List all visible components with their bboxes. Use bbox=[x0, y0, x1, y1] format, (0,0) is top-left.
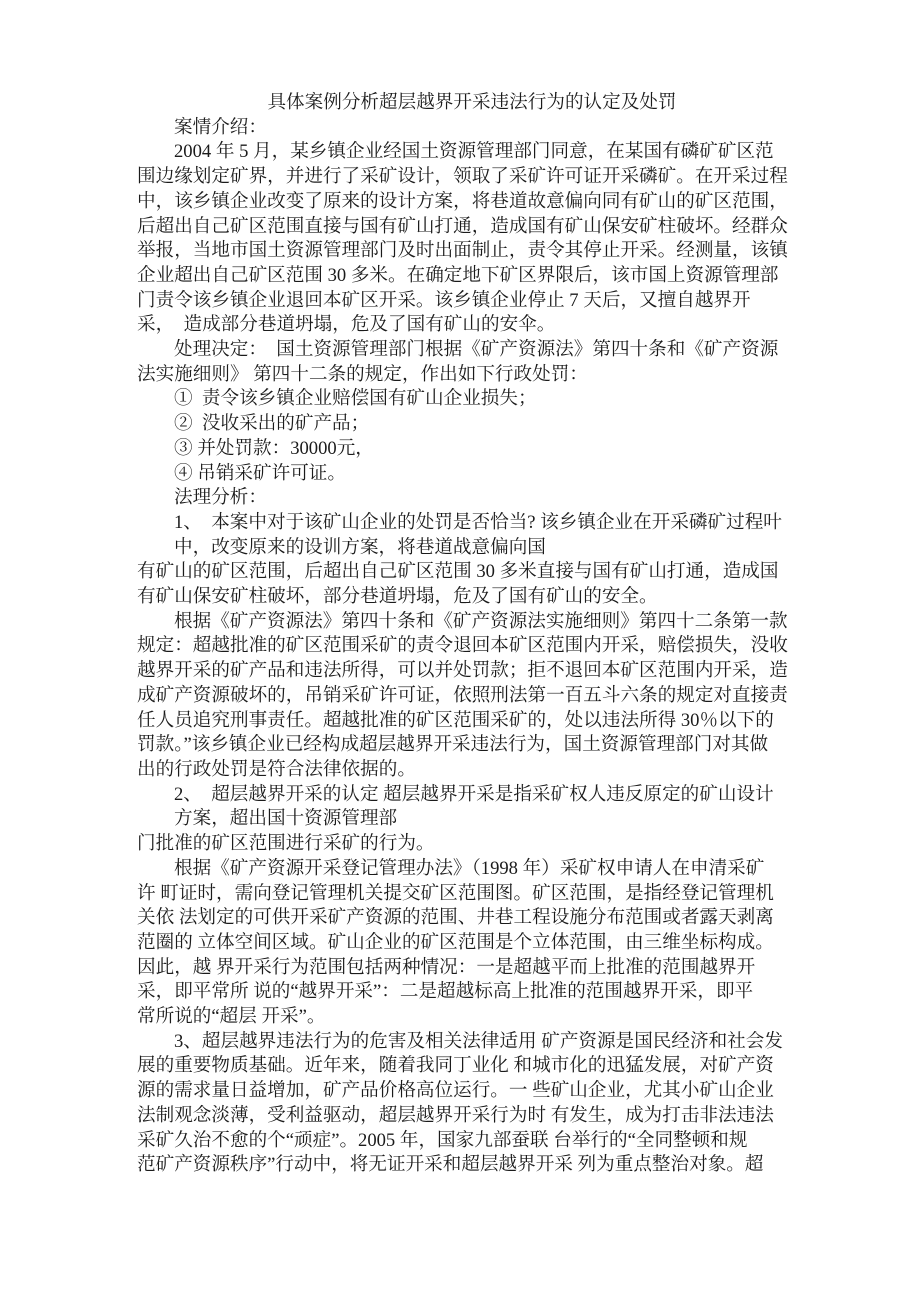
text-line: 法理分析： bbox=[137, 486, 807, 511]
text-line: 展的重要物质基础。近年来，随着我同丁业化 和城市化的迅猛发展，对矿产资 bbox=[137, 1054, 807, 1079]
text-line: 因此，越 界开采行为范围包括两种情况：一是超越平而上批准的范围越界开 bbox=[137, 956, 807, 981]
text-line: 关依 法划定的可供开采矿产资源的范围、井巷工程设施分布范围或者露天剥离 bbox=[137, 906, 807, 931]
text-line: 后超出自己矿区范围直接与国有矿山打通，造成国有矿山保安矿柱破坏。经群众 bbox=[137, 215, 807, 240]
text-line: 中，改变原来的设训方案，将巷道战意偏向国 bbox=[137, 536, 807, 561]
text-line: 有矿山的矿区范围，后超出自己矿区范围 30 多米直接与国有矿山打通，造成国 bbox=[137, 560, 807, 585]
text-line: ② 没收采出的矿产品； bbox=[137, 412, 807, 437]
text-line: 采，即平常所 说的“越界开采”：二是超越标高上批准的范围越界开采，即平 bbox=[137, 980, 807, 1005]
text-line: 常所说的“超层 开采”。 bbox=[137, 1005, 807, 1030]
text-line: 根据《矿产资源开采登记管理办法》（1998 年）采矿权申请人在申清采矿 bbox=[137, 857, 807, 882]
text-line: 门责令该乡镇企业退回本矿区开采。该乡镇企业停止 7 天后，又擅自越界开 bbox=[137, 289, 807, 314]
text-line: 案情介绍： bbox=[137, 116, 807, 141]
text-line: ④ 吊销采矿许可证。 bbox=[137, 462, 807, 487]
text-line: 1、 本案中对于该矿山企业的处罚是否恰当? 该乡镇企业在开采磷矿过程叶 bbox=[137, 511, 807, 536]
text-line: 企业超出自己矿区范围 30 多米。在确定地下矿区界限后，该市国上资源管理部 bbox=[137, 264, 807, 289]
text-line: 范矿产资源秩序”行动中，将无证开采和超层越界开采 列为重点整治对象。超 bbox=[137, 1153, 807, 1178]
text-line: 成矿产资源破坏的，吊销采矿许可证，依照刑法第一百五斗六条的规定对直接责 bbox=[137, 684, 807, 709]
text-line: 法制观念淡薄，受利益驱动，超层越界开采行为时 有发生，成为打击非法违法 bbox=[137, 1104, 807, 1129]
text-line: 许 町证时，需向登记管理机关提交矿区范围图。矿区范围，是指经登记管理机 bbox=[137, 882, 807, 907]
text-line: 采， 造成部分巷道坍塌，危及了国有矿山的安伞。 bbox=[137, 313, 807, 338]
document-lines: 案情介绍：2004 年 5 月，某乡镇企业经国土资源管理部门同意，在某国有磷矿矿… bbox=[137, 116, 807, 1178]
document-body: 具体案例分析超层越界开采违法行为的认定及处罚 案情介绍：2004 年 5 月，某… bbox=[137, 91, 807, 1178]
text-line: ① 责令该乡镇企业赔偿国有矿山企业损失； bbox=[137, 387, 807, 412]
text-line: 方案，超出国十资源管理部 bbox=[137, 807, 807, 832]
document-title: 具体案例分析超层越界开采违法行为的认定及处罚 bbox=[137, 91, 807, 116]
text-line: 源的需求量日益增加，矿产品价格高位运行。一 些矿山企业，尤其小矿山企业 bbox=[137, 1079, 807, 1104]
text-line: 门批准的矿区范围进行采矿的行为。 bbox=[137, 832, 807, 857]
text-line: 处理决定： 国土资源管理部门根据《矿产资源法》第四十条和《矿产资源 bbox=[137, 338, 807, 363]
text-line: 围边缘划定矿界，并进行了采矿设计，领取了采矿许可证开采磷矿。在开采过程 bbox=[137, 165, 807, 190]
text-line: 2004 年 5 月，某乡镇企业经国土资源管理部门同意，在某国有磷矿矿区范 bbox=[137, 140, 807, 165]
text-line: ③ 并处罚款：30000元， bbox=[137, 437, 807, 462]
text-line: 采矿久治不愈的个“顽症”。2005 年，国家九部蚕联 台举行的“全同整顿和规 bbox=[137, 1129, 807, 1154]
document-page: 具体案例分析超层越界开采违法行为的认定及处罚 案情介绍：2004 年 5 月，某… bbox=[0, 0, 920, 1302]
text-line: 举报，当地市国土资源管理部门及时出面制止，责令其停止开采。经测量，该镇 bbox=[137, 239, 807, 264]
text-line: 规定：超越批准的矿区范围采矿的责令退回本矿区范围内开采，赔偿损失，没收 bbox=[137, 634, 807, 659]
text-line: 根据《矿产资源法》第四十条和《矿产资源法实施细则》第四十二条第一款 bbox=[137, 610, 807, 635]
text-line: 出的行政处罚是符合法律依据的。 bbox=[137, 758, 807, 783]
text-line: 任人员追究刑事责任。超越批准的矿区范围采矿的，处以违法所得 30％以下的 bbox=[137, 709, 807, 734]
text-line: 有矿山保安矿柱破坏，部分巷道坍塌，危及了国有矿山的安全。 bbox=[137, 585, 807, 610]
text-line: 罚款。”该乡镇企业已经构成超层越界开采违法行为，国土资源管理部门对其做 bbox=[137, 733, 807, 758]
text-line: 法实施细则》 第四十二条的规定，作出如下行政处罚： bbox=[137, 363, 807, 388]
text-line: 中，该乡镇企业改变了原来的设计方案，将巷道故意偏向同有矿山的矿区范围， bbox=[137, 190, 807, 215]
text-line: 3、超层越界违法行为的危害及相关法律适用 矿产资源是国民经济和社会发 bbox=[137, 1030, 807, 1055]
text-line: 越界开采的矿产品和违法所得，可以并处罚款；拒不退回本矿区范围内开采，造 bbox=[137, 659, 807, 684]
text-line: 2、 超层越界开采的认定 超层越界开采是指采矿权人违反原定的矿山设计 bbox=[137, 783, 807, 808]
text-line: 范圈的 立体空间区域。矿山企业的矿区范围是个立体范围，由三维坐标构成。 bbox=[137, 931, 807, 956]
